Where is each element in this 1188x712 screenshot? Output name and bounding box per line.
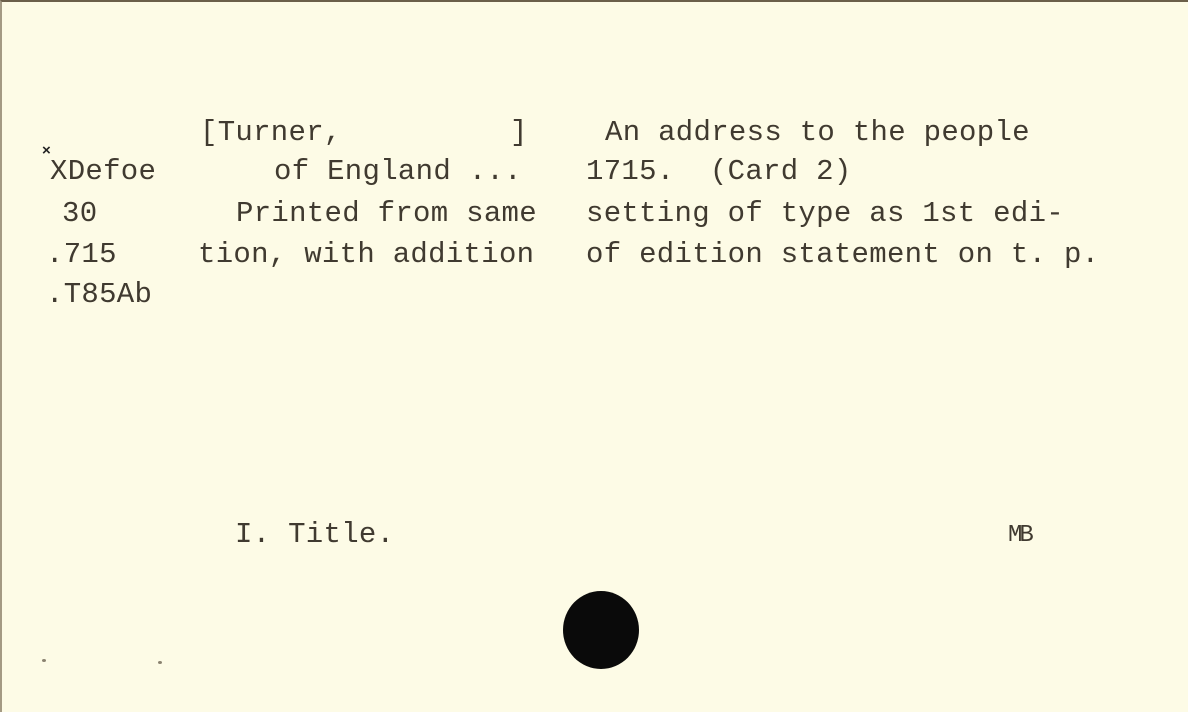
call-number-line-2: 30 bbox=[62, 199, 97, 228]
title-line-2a: of England ... bbox=[274, 157, 522, 186]
heading-author: [Turner, bbox=[200, 118, 342, 147]
title-line-1: An address to the people bbox=[605, 118, 1030, 147]
title-line-2b: 1715. (Card 2) bbox=[586, 157, 852, 186]
speck bbox=[42, 659, 46, 662]
punch-hole bbox=[563, 591, 639, 669]
note-line-1a: Printed from same bbox=[236, 199, 537, 228]
catalog-card: × XDefoe 30 .715 .T85Ab [Turner, ] An ad… bbox=[0, 0, 1188, 712]
note-line-2a: tion, with addition bbox=[198, 240, 534, 269]
call-number-line-3: .715 bbox=[46, 240, 117, 269]
note-line-2b: of edition statement on t. p. bbox=[586, 240, 1099, 269]
call-number-line-1: XDefoe bbox=[50, 157, 156, 186]
speck bbox=[158, 661, 162, 664]
heading-bracket-close: ] bbox=[510, 118, 528, 147]
library-code: MB bbox=[1008, 524, 1031, 548]
call-number-line-4: .T85Ab bbox=[46, 280, 152, 309]
tracing: I. Title. bbox=[235, 520, 394, 549]
note-line-1b: setting of type as 1st edi- bbox=[586, 199, 1064, 228]
